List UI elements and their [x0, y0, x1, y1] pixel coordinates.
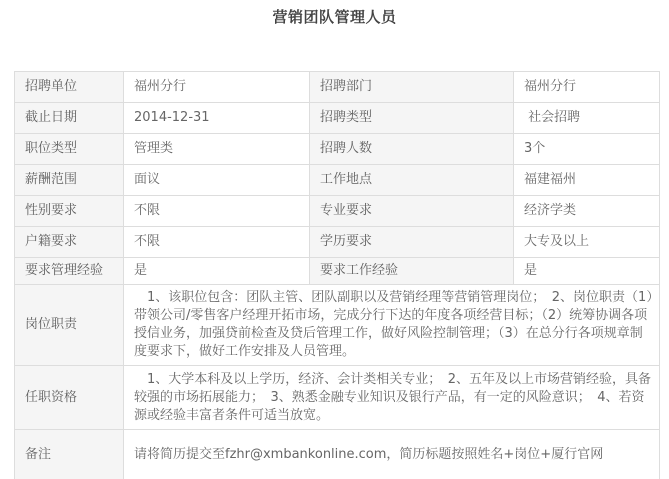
field-value-job-duties: 1、该职位包含：团队主管、团队副职以及营销经理等营销管理岗位； 2、岗位职责（1… — [124, 285, 660, 366]
table-row: 户籍要求 不限 学历要求 大专及以上 — [15, 227, 660, 258]
field-value-recruitment-type: 社会招聘 — [514, 103, 660, 134]
table-row: 要求管理经验 是 要求工作经验 是 — [15, 258, 660, 285]
job-info-table: 招聘单位 福州分行 招聘部门 福州分行 截止日期 2014-12-31 招聘类型… — [14, 71, 660, 479]
table-row: 性别要求 不限 专业要求 经济学类 — [15, 196, 660, 227]
field-value-deadline: 2014-12-31 — [124, 103, 310, 134]
field-value-gender-requirement: 不限 — [124, 196, 310, 227]
table-row: 招聘单位 福州分行 招聘部门 福州分行 — [15, 72, 660, 103]
field-label-work-location: 工作地点 — [310, 165, 514, 196]
field-label-recruiting-unit: 招聘单位 — [15, 72, 124, 103]
field-label-gender-requirement: 性别要求 — [15, 196, 124, 227]
field-value-position-type: 管理类 — [124, 134, 310, 165]
field-value-work-location: 福建福州 — [514, 165, 660, 196]
field-label-headcount: 招聘人数 — [310, 134, 514, 165]
field-label-job-duties: 岗位职责 — [15, 285, 124, 366]
field-value-management-experience: 是 — [124, 258, 310, 285]
field-value-household-requirement: 不限 — [124, 227, 310, 258]
field-label-deadline: 截止日期 — [15, 103, 124, 134]
field-value-work-experience: 是 — [514, 258, 660, 285]
field-label-education-requirement: 学历要求 — [310, 227, 514, 258]
field-label-qualifications: 任职资格 — [15, 366, 124, 430]
field-label-major-requirement: 专业要求 — [310, 196, 514, 227]
field-value-recruiting-unit: 福州分行 — [124, 72, 310, 103]
page-title: 营销团队管理人员 — [0, 0, 669, 25]
field-label-recruitment-type: 招聘类型 — [310, 103, 514, 134]
field-label-recruiting-department: 招聘部门 — [310, 72, 514, 103]
field-value-recruiting-department: 福州分行 — [514, 72, 660, 103]
field-label-position-type: 职位类型 — [15, 134, 124, 165]
job-detail-page: 营销团队管理人员 招聘单位 福州分行 招聘部门 福州分行 截止日期 2014-1… — [0, 0, 669, 479]
table-row: 任职资格 1、大学本科及以上学历，经济、会计类相关专业； 2、五年及以上市场营销… — [15, 366, 660, 430]
field-value-headcount: 3个 — [514, 134, 660, 165]
field-value-major-requirement: 经济学类 — [514, 196, 660, 227]
field-label-management-experience: 要求管理经验 — [15, 258, 124, 285]
table-row: 职位类型 管理类 招聘人数 3个 — [15, 134, 660, 165]
table-row: 薪酬范围 面议 工作地点 福建福州 — [15, 165, 660, 196]
field-label-remark: 备注 — [15, 430, 124, 479]
table-row: 截止日期 2014-12-31 招聘类型 社会招聘 — [15, 103, 660, 134]
field-value-remark: 请将简历提交至fzhr@xmbankonline.com，简历标题按照姓名+岗位… — [124, 430, 660, 479]
field-label-salary-range: 薪酬范围 — [15, 165, 124, 196]
table-row: 备注 请将简历提交至fzhr@xmbankonline.com，简历标题按照姓名… — [15, 430, 660, 479]
field-label-work-experience: 要求工作经验 — [310, 258, 514, 285]
field-value-qualifications: 1、大学本科及以上学历，经济、会计类相关专业； 2、五年及以上市场营销经验，具备… — [124, 366, 660, 430]
field-value-salary-range: 面议 — [124, 165, 310, 196]
field-label-household-requirement: 户籍要求 — [15, 227, 124, 258]
table-row: 岗位职责 1、该职位包含：团队主管、团队副职以及营销经理等营销管理岗位； 2、岗… — [15, 285, 660, 366]
field-value-education-requirement: 大专及以上 — [514, 227, 660, 258]
